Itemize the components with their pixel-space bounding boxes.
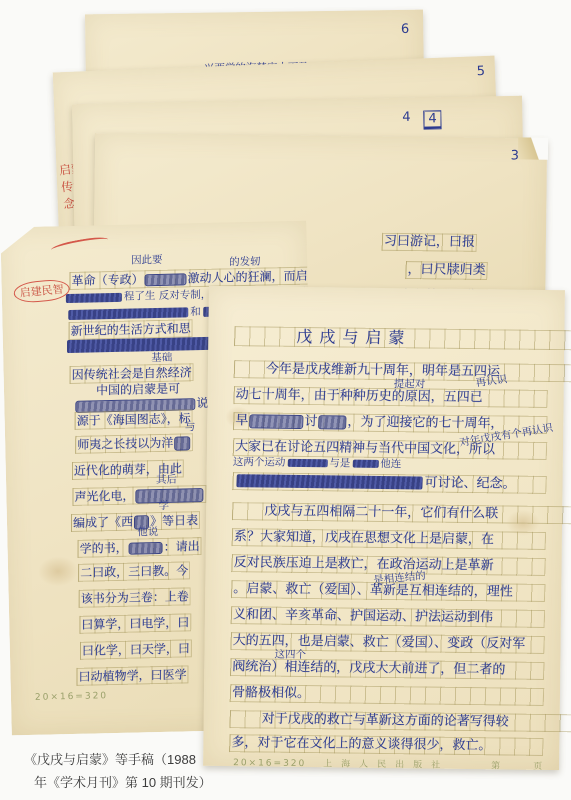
handwritten-line: 多，对于它在文化上的意义谈得很少，救亡。 (229, 734, 544, 756)
paper-footer-press: 上海人民出版社 (323, 755, 449, 775)
handwritten-text: 声光化电， (74, 489, 134, 504)
scribble-deletion (175, 437, 189, 449)
handwritten-line: 声光化电， (72, 485, 206, 506)
scribble-deletion (68, 307, 188, 320)
handwritten-text: ，为了迎接它的七十周年， (347, 415, 504, 432)
red-squiggle (50, 235, 109, 255)
paper-footer-format: 20×16=320 (35, 687, 109, 707)
manuscript-title: 戊戌与启蒙 (234, 326, 571, 351)
scribble-deletion (352, 460, 378, 468)
handwritten-line: 学的书，：请出 (78, 537, 202, 558)
handwritten-line: 骨骼极相似。 (230, 684, 545, 706)
photo-caption: 《戊戌与启蒙》等手稿（1988 年《学术月刊》第 10 期刊发） (24, 748, 214, 795)
handwritten-text: 可讨论、纪念。 (424, 475, 516, 491)
handwritten-line: 这两个运动与是他连 (233, 456, 402, 471)
paper-footer-page-blank: 第 页 (491, 757, 554, 776)
handwritten-text: 这两个运动 (233, 456, 286, 469)
scribble-deletion (236, 474, 422, 489)
scribble-deletion (250, 415, 302, 428)
handwritten-line: 系？大家知道，戊戌在思想文化上是启蒙，在 (232, 528, 547, 550)
handwritten-text: 讨 (304, 414, 318, 429)
handwritten-line: 对于戊戌的救亡与革新这方面的论著写得较 (229, 710, 571, 732)
scribble-deletion (287, 459, 327, 467)
handwritten-line: 师夷之长技以为洋 (75, 433, 193, 454)
handwritten-text: ：请出 (164, 539, 200, 554)
handwritten-insertion: 因此要 (131, 254, 163, 268)
manuscript-photo: 6 兴西学的海禁害大而及一 运动：而又解闭切西 5 上段 始之 文化启蒙 状 戊… (0, 0, 571, 800)
handwritten-text: 编成了《西 (73, 515, 133, 530)
handwritten-line: 戊戌与五四相隔二十一年，它们有什么联 (232, 502, 571, 524)
handwritten-text: 早 (235, 413, 249, 428)
handwritten-line: 习曰游记，曰报 (382, 233, 478, 252)
handwritten-line: 曰动植物学，曰医学 (76, 665, 188, 686)
page-number: 5 (476, 64, 485, 79)
handwritten-line: 阀统治）相连结的，戊戌大大前进了，但二者的 (230, 658, 545, 680)
folded-corner (518, 137, 548, 159)
handwritten-line: 义和团、辛亥革命、护国运动、护法运动到伟 (231, 606, 546, 628)
handwritten-text: 他连 (380, 458, 401, 470)
handwritten-text: 和 (190, 306, 201, 318)
handwritten-text: 师夷之长技以为洋 (77, 436, 173, 452)
handwritten-line: 可讨论、纪念。 (232, 472, 547, 494)
page-number: 6 (401, 22, 409, 37)
red-circled-note: 启建民智 (13, 278, 71, 304)
caption-line: 《戊戌与启蒙》等手稿（1988 (24, 752, 196, 767)
handwritten-line: ，曰尺牍归类 (405, 261, 488, 280)
handwritten-line: 编成了《西》等日表 (71, 511, 200, 532)
scribble-deletion (319, 416, 345, 428)
handwritten-line: 二曰政，三曰教。今 (78, 561, 190, 582)
page-number: 3 (511, 148, 519, 163)
handwritten-text: 与是 (329, 457, 350, 469)
handwritten-line: 曰算学，曰电学，曰 (79, 613, 191, 634)
handwritten-text: 激动人心的狂澜，而启蒙 (187, 268, 319, 285)
handwritten-insertion: 再认识 (475, 373, 508, 390)
sheet-front-title-page: 戊戌与启蒙 今年是戊戌维新九十周年，明年是五四运 提起对 再认识 动七十周年，由… (203, 286, 565, 770)
handwritten-line: 动七十周年，由于种种历史的原因，五四已 (233, 386, 548, 408)
page-number-boxed: 4 (424, 111, 441, 128)
handwritten-text: 革命（专政） (71, 272, 143, 288)
handwritten-line: 源于《海国图志》，标 (75, 409, 193, 430)
caption-line: 年《学术月刊》第 10 期刊发） (24, 775, 212, 790)
stain (38, 556, 79, 587)
handwritten-line: 曰化学，曰天学，曰 (80, 639, 192, 660)
page-number: 4 (402, 110, 411, 125)
scribble-deletion (130, 542, 162, 553)
scribble-deletion (145, 274, 185, 285)
scribble-deletion (66, 292, 122, 302)
handwritten-line: 该书分为三卷：上卷 (79, 587, 191, 608)
handwritten-text: 学的书， (80, 541, 128, 556)
handwritten-line: 。启蒙、救亡（爱国）、革新是互相连结的，理性 (231, 580, 546, 602)
paper-footer-format: 20×16=320 (233, 754, 306, 773)
